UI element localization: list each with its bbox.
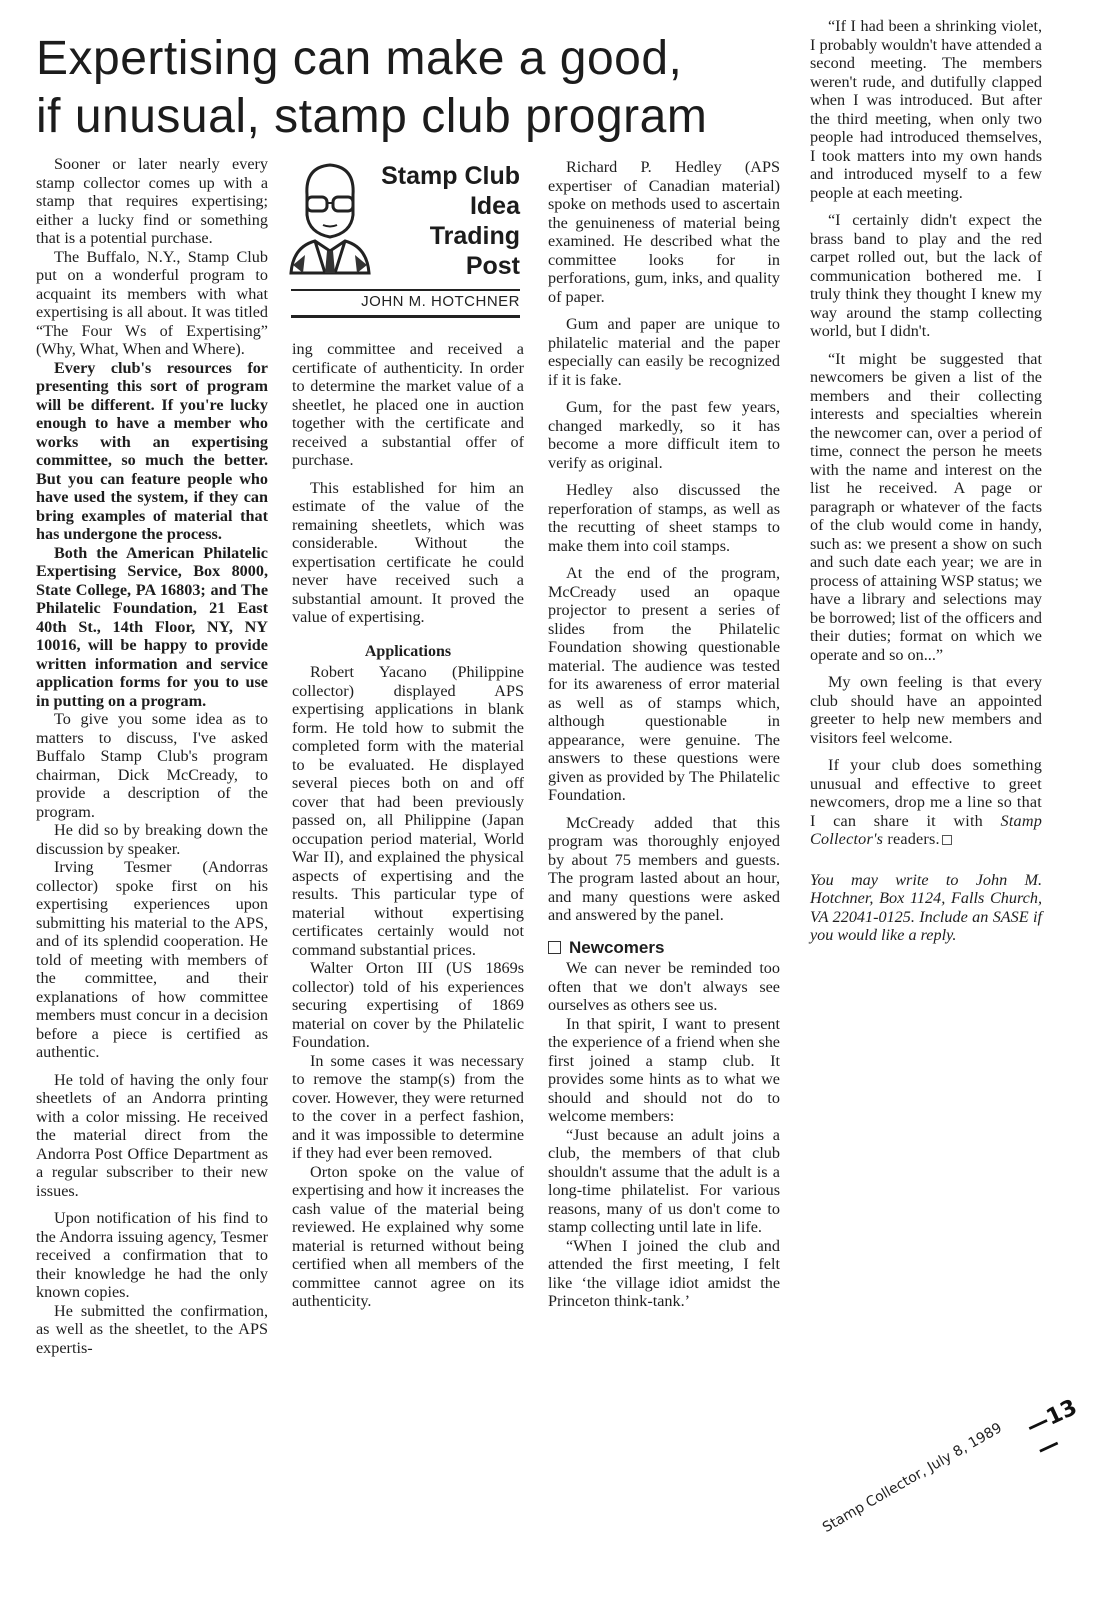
- paragraph: Walter Orton III (US 1869s collector) to…: [292, 959, 524, 1052]
- paragraph: This established for him an estimate of …: [292, 479, 524, 627]
- article-headline: Expertising can make a good, if unusual,…: [36, 30, 796, 146]
- headline-line-2: if unusual, stamp club program: [36, 90, 707, 143]
- paragraph: Hedley also discussed the reperforation …: [548, 481, 780, 555]
- paragraph: Sooner or later nearly every stamp colle…: [36, 155, 268, 248]
- subhead-label: Newcomers: [569, 939, 664, 958]
- paragraph: To give you some idea as to matters to d…: [36, 710, 268, 821]
- paragraph: My own feeling is that every club should…: [810, 673, 1042, 747]
- column-2: ing committee and received a certificate…: [292, 340, 524, 1311]
- column-title-line: Post: [360, 251, 520, 281]
- paragraph: In some cases it was necessary to remove…: [292, 1052, 524, 1163]
- paragraph: He told of having the only four sheetlet…: [36, 1071, 268, 1201]
- paragraph: “It might be suggested that newcomers be…: [810, 350, 1042, 665]
- paragraph: He did so by breaking down the discussio…: [36, 821, 268, 858]
- paragraph: Upon notification of his find to the And…: [36, 1209, 268, 1302]
- end-mark-icon: [942, 835, 952, 845]
- paragraph: Gum, for the past few years, changed mar…: [548, 398, 780, 472]
- paragraph: In that spirit, I want to present the ex…: [548, 1015, 780, 1126]
- paragraph: Orton spoke on the value of expertising …: [292, 1163, 524, 1311]
- column-3: Richard P. Hedley (APS expertiser of Can…: [548, 158, 780, 1311]
- paragraph: Irving Tesmer (Andorras collector) spoke…: [36, 858, 268, 1062]
- column-1: Sooner or later nearly every stamp colle…: [36, 155, 268, 1357]
- section-box-icon: [548, 941, 561, 954]
- subhead-newcomers: Newcomers: [548, 939, 780, 958]
- column-title-line: Trading: [360, 221, 520, 251]
- headline-line-1: Expertising can make a good,: [36, 32, 682, 85]
- closing-text: readers.: [883, 830, 940, 848]
- paragraph: “When I joined the club and attended the…: [548, 1237, 780, 1311]
- column-header: Stamp Club Idea Trading Post JOHN M. HOT…: [285, 155, 520, 325]
- paragraph: He submitted the confirmation, as well a…: [36, 1302, 268, 1358]
- contact-note: You may write to John M. Hotchner, Box 1…: [810, 871, 1042, 945]
- paragraph: The Buffalo, N.Y., Stamp Club put on a w…: [36, 248, 268, 359]
- paragraph: ing committee and received a certificate…: [292, 340, 524, 470]
- column-title-line: Stamp Club: [360, 161, 520, 191]
- paragraph: Every club's resources for presenting th…: [36, 359, 268, 544]
- paragraph: McCready added that this program was tho…: [548, 814, 780, 925]
- paragraph: “If I had been a shrinking violet, I pro…: [810, 17, 1042, 202]
- byline: JOHN M. HOTCHNER: [291, 293, 520, 310]
- closing-paragraph: If your club does something unusual and …: [810, 756, 1042, 849]
- paragraph: Robert Yacano (Philippine collector) dis…: [292, 663, 524, 959]
- paragraph: We can never be reminded too often that …: [548, 959, 780, 1015]
- divider: [291, 315, 520, 318]
- paragraph: Gum and paper are unique to philatelic m…: [548, 315, 780, 389]
- divider: [291, 289, 520, 291]
- paragraph: At the end of the program, McCready used…: [548, 564, 780, 805]
- subhead-applications: Applications: [292, 643, 524, 662]
- paragraph: “Just because an adult joins a club, the…: [548, 1126, 780, 1237]
- paragraph: “I certainly didn't expect the brass ban…: [810, 211, 1042, 341]
- column-title: Stamp Club Idea Trading Post: [360, 161, 520, 281]
- paragraph: Both the American Philatelic Expertising…: [36, 544, 268, 711]
- page-number: —13—: [1023, 1387, 1101, 1462]
- publication-footer: Stamp Collector, July 8, 1989: [820, 1420, 1005, 1536]
- paragraph: Richard P. Hedley (APS expertiser of Can…: [548, 158, 780, 306]
- column-title-line: Idea: [360, 191, 520, 221]
- column-4: “If I had been a shrinking violet, I pro…: [810, 17, 1042, 945]
